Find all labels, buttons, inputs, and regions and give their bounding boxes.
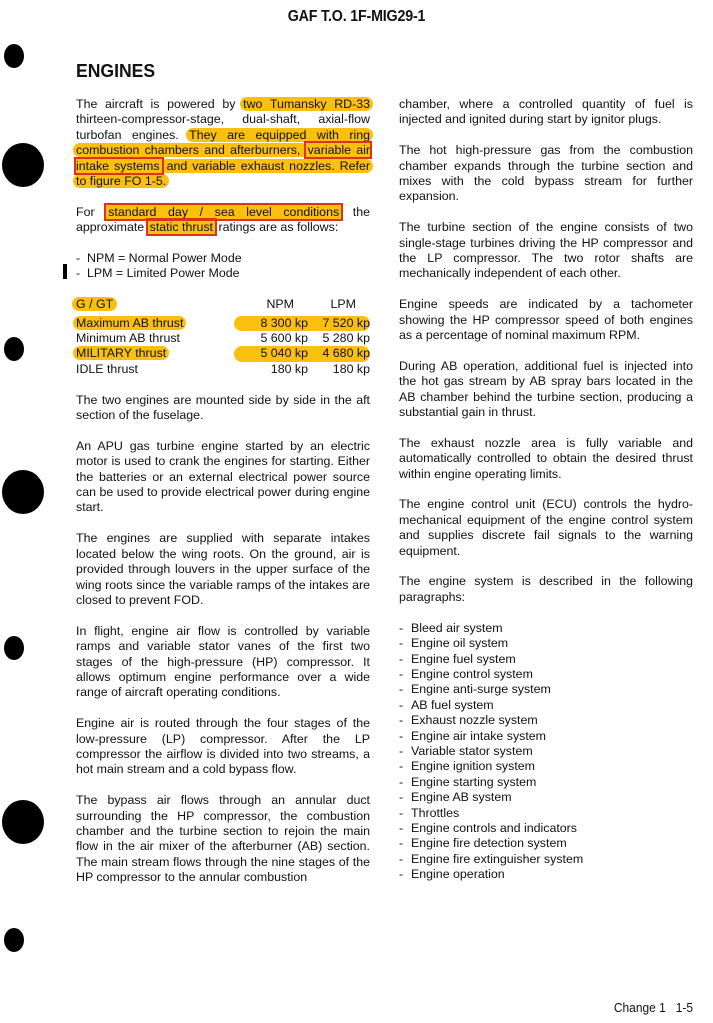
list-item: -Throttles: [399, 806, 693, 821]
thrust-label: MILITARY thrust: [73, 346, 169, 360]
paragraph: chamber, where a controlled quantity of …: [399, 97, 693, 128]
thrust-label: Minimum AB thrust: [76, 331, 180, 345]
list-item: -Engine controls and indicators: [399, 821, 693, 836]
change-bar: [63, 264, 67, 279]
table-header-lpm: LPM: [308, 297, 370, 315]
paragraph: The hot high-pressure gas from the combu…: [399, 143, 693, 205]
thrust-row: Maximum AB thrust8 300 kp7 520 kp: [76, 316, 370, 331]
page-number: 1-5: [676, 1000, 693, 1015]
ratings-intro-paragraph: For standard day / sea level conditions …: [76, 205, 370, 236]
page-footer: Change 1 1-5: [614, 1000, 693, 1015]
list-item: -Engine ignition system: [399, 759, 693, 774]
list-item: -Engine control system: [399, 667, 693, 682]
binder-hole: [2, 800, 44, 844]
document-header: GAF T.O. 1F-MIG29-1: [29, 8, 685, 26]
thrust-npm: 5 040 kp: [234, 346, 308, 361]
paragraph: The engine system is described in the fo…: [399, 574, 693, 605]
thrust-row: IDLE thrust180 kp180 kp: [76, 362, 370, 377]
intro-paragraph: The aircraft is powered by two Tumansky …: [76, 97, 370, 189]
paragraph: The turbine section of the engine consis…: [399, 220, 693, 282]
list-item: -Exhaust nozzle system: [399, 713, 693, 728]
mode-definitions: - NPM = Normal Power Mode - LPM = Limite…: [76, 251, 370, 282]
annotation-box: standard day / sea level conditions: [106, 205, 341, 219]
paragraph: During AB operation, additional fuel is …: [399, 359, 693, 421]
list-item: -Engine fuel system: [399, 652, 693, 667]
thrust-lpm: 4 680 kp: [308, 346, 370, 361]
paragraph: The engine control unit (ECU) controls t…: [399, 497, 693, 559]
binder-hole: [2, 143, 44, 187]
definition-lpm: - LPM = Limited Power Mode: [76, 266, 370, 281]
left-column: The aircraft is powered by two Tumansky …: [76, 97, 370, 901]
thrust-lpm: 180 kp: [308, 362, 370, 377]
binder-hole: [4, 928, 24, 952]
paragraph: Engine speeds are indicated by a tachome…: [399, 297, 693, 343]
list-item: -Engine anti-surge system: [399, 682, 693, 697]
annotation-box: static thrust: [148, 220, 215, 234]
paragraph: The engines are supplied with separate i…: [76, 531, 370, 608]
list-item: -Bleed air system: [399, 621, 693, 636]
engine-systems-list: -Bleed air system-Engine oil system-Engi…: [399, 621, 693, 883]
list-item: -Engine AB system: [399, 790, 693, 805]
thrust-table: G / GT NPM LPM Maximum AB thrust8 300 kp…: [76, 297, 370, 377]
list-item: -Engine fire detection system: [399, 836, 693, 851]
list-item: -Engine starting system: [399, 775, 693, 790]
change-number: Change 1: [614, 1000, 666, 1015]
thrust-row: Minimum AB thrust5 600 kp5 280 kp: [76, 331, 370, 346]
binder-hole: [2, 470, 44, 514]
list-item: -Engine air intake system: [399, 729, 693, 744]
thrust-label: IDLE thrust: [76, 362, 138, 376]
paragraph: An APU gas turbine engine started by an …: [76, 439, 370, 516]
paragraph: Engine air is routed through the four st…: [76, 716, 370, 778]
thrust-lpm: 5 280 kp: [308, 331, 370, 346]
thrust-npm: 8 300 kp: [234, 316, 308, 331]
definition-npm: - NPM = Normal Power Mode: [76, 251, 370, 266]
highlight: two Tumansky RD-33: [240, 97, 373, 111]
thrust-npm: 180 kp: [234, 362, 308, 377]
binder-hole: [4, 636, 24, 660]
list-item: -Engine operation: [399, 867, 693, 882]
right-column: chamber, where a controlled quantity of …: [399, 97, 693, 883]
paragraph: In flight, engine air flow is controlled…: [76, 624, 370, 701]
section-title: ENGINES: [76, 60, 155, 82]
paragraph: The bypass air flows through an annular …: [76, 793, 370, 885]
paragraph: The exhaust nozzle area is fully variabl…: [399, 436, 693, 482]
table-header-npm: NPM: [234, 297, 308, 315]
list-item: -AB fuel system: [399, 698, 693, 713]
thrust-lpm: 7 520 kp: [308, 316, 370, 331]
thrust-label: Maximum AB thrust: [73, 316, 186, 330]
list-item: -Engine oil system: [399, 636, 693, 651]
thrust-npm: 5 600 kp: [234, 331, 308, 346]
binder-hole: [4, 337, 24, 361]
list-item: -Variable stator system: [399, 744, 693, 759]
list-item: -Engine fire extinguisher system: [399, 852, 693, 867]
binder-hole: [4, 44, 24, 68]
thrust-row: MILITARY thrust5 040 kp4 680 kp: [76, 346, 370, 361]
table-header-gt: G / GT: [72, 297, 117, 311]
paragraph: The two engines are mounted side by side…: [76, 393, 370, 424]
